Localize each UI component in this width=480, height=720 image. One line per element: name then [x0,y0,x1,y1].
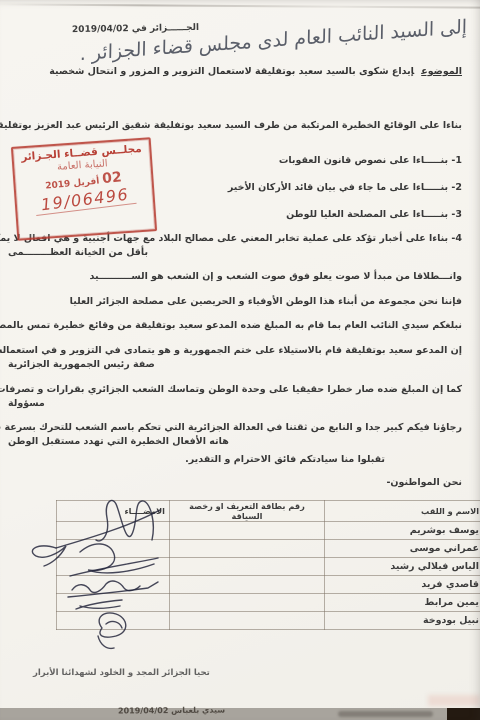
name-cell: قاصدي فريد [325,576,480,594]
body-line: وانـــطلاقا من مبدأ لا صوت يعلو فوق صوت … [90,271,463,282]
signature-cell [57,576,170,594]
body-line: صفة رئيس الجمهورية الجزائرية [8,359,155,370]
body-line: إن المدعو سعيد بوتفليقة قام بالاستيلاء ع… [0,345,462,356]
header-signature: الامضــــاء [57,501,170,522]
name-cell: نبيل بودوخة [325,612,480,630]
table-row: عمراني موسى [57,540,480,558]
scan-bar-right-smudge [338,711,433,717]
signature-cell [57,558,170,576]
body-line: هاته الأفعال الخطيرة التي تهدد مستقبل ال… [8,436,229,447]
id-cell [170,576,325,594]
signature-cell [57,612,170,630]
table-row: يوسف بوشريم [57,522,480,540]
id-cell [170,522,325,540]
body-line: كما إن المبلغ ضده صار خطرا حقيقيا على وح… [0,384,462,395]
table-row: يمين مرابط [57,594,480,612]
id-cell [170,540,325,558]
name-cell: الياس فيلالي رشيد [325,558,480,576]
body-line: رجاؤنا فيكم كبير جدا و النابع من ثقتنا ف… [0,422,462,433]
stamp-date-year: 2019 [45,179,71,191]
table-row: قاصدي فريد [57,576,480,594]
id-cell [170,594,325,612]
scan-bar-left-text: سيدي بلعباس 2019/04/02 [118,706,225,716]
subject-text: إيداع شكوى بالسيد سعيد بوتفليقة لاستعمال… [49,66,414,77]
body-line: نبلغكم سيدي النائب العام بما قام به المب… [0,320,462,331]
id-cell [170,558,325,576]
court-registry-stamp: مجلــس قضــاء الجـزائر النيابة العامة 02… [11,137,157,241]
name-cell: يوسف بوشريم [325,522,480,540]
footer-slogan: تحيا الجزائر المجد و الخلود لشهدائنا الأ… [33,668,210,678]
name-cell: يمين مرابط [325,594,480,612]
table-row: الياس فيلالي رشيد [57,558,480,576]
header-name: الاسم و اللقب [325,501,480,522]
name-cell: عمراني موسى [325,540,480,558]
signature-cell [57,522,170,540]
citizens-intro: نحن المواطنون- [386,477,462,488]
stamp-date-month: أفريل [73,177,100,189]
header-id-number: رقم بطاقة التعريف او رخصة السياقة [170,501,325,522]
body-line: 2- بنـــــاءا على ما جاء في بيان قائد ال… [228,182,462,193]
city-date-line: الجــــــزائر في 2019/04/02 [72,23,199,35]
subject-label: الموضوع [421,66,462,77]
scan-edge-artifact [0,3,480,8]
scan-bar-dark-block [447,708,480,720]
scan-color-smudge [428,695,480,706]
signature-cell [57,594,170,612]
signature-cell [57,540,170,558]
stamp-date-day: 02 [102,169,123,187]
scanned-complaint-letter: إلى السيد النائب العام لدى مجلس قضاء الج… [0,0,480,720]
id-cell [170,612,325,630]
table-row: نبيل بودوخة [57,612,480,630]
body-line: 1- بنـــــاءا على نصوص قانون العقوبات [279,155,462,166]
body-line: مسؤولة [8,398,45,409]
signers-table: الاسم و اللقب رقم بطاقة التعريف او رخصة … [56,500,480,630]
body-line: 3- بنـــــاءا على المصلحة العليا للوطن [286,209,462,220]
body-line: فإننا نحن مجموعة من أبناء هذا الوطن الأو… [70,296,462,307]
table-header-row: الاسم و اللقب رقم بطاقة التعريف او رخصة … [57,501,480,522]
closing-line: تقبلوا منا سيادتكم فائق الاحترام و التقد… [185,454,385,465]
body-line: بناءا على الوقائع الخطيرة المرتكبة من طر… [0,120,462,131]
body-line: بأقل من الخيانة العظــــــــمى [8,247,148,258]
subject-line: الموضوعإيداع شكوى بالسيد سعيد بوتفليقة ل… [49,66,462,77]
